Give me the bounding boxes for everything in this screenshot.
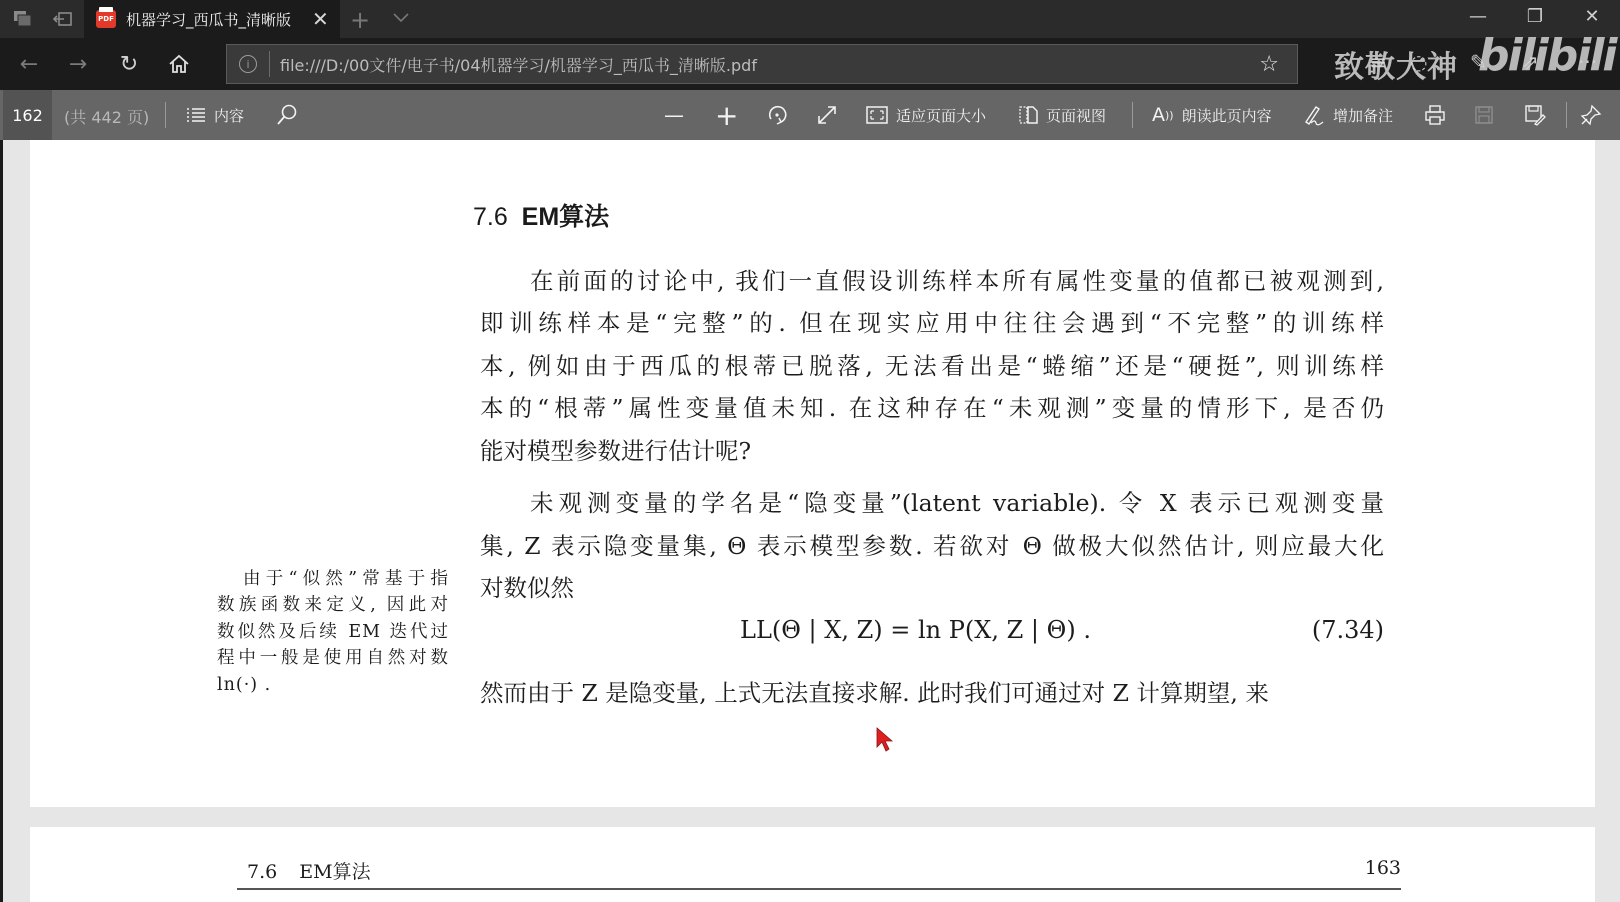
paragraph-line: 本的“根蒂”属性变量值未知. 在这种存在“未观测”变量的情形下, 是否仍 bbox=[480, 393, 1384, 423]
toolbar-divider bbox=[1132, 102, 1133, 128]
url-separator bbox=[269, 51, 270, 77]
pdf-page-162: 7.6 EM算法 在前面的讨论中, 我们一直假设训练样本所有属性变量的值都已被观… bbox=[30, 140, 1595, 807]
margin-note-line: ln(·) . bbox=[217, 674, 449, 696]
section-title: 7.6 EM算法 bbox=[473, 197, 609, 233]
tab-title: 机器学习_西瓜书_清晰版 bbox=[126, 9, 304, 30]
page-count: (共 442 页) bbox=[64, 105, 149, 128]
margin-note-line: 由于“似然”常基于指 bbox=[217, 568, 449, 590]
read-aloud-label: 朗读此页内容 bbox=[1182, 105, 1272, 126]
page-view-label: 页面视图 bbox=[1046, 105, 1106, 126]
minimize-button[interactable]: — bbox=[1455, 6, 1501, 27]
paragraph-line: 在前面的讨论中, 我们一直假设训练样本所有属性变量的值都已被观测到, bbox=[480, 266, 1384, 296]
search-icon bbox=[276, 104, 298, 126]
back-button[interactable]: ← bbox=[14, 50, 44, 78]
paragraph-line: 能对模型参数进行估计呢? bbox=[480, 436, 1384, 466]
margin-note-line: 程中一般是使用自然对数 bbox=[217, 647, 449, 669]
page-view-icon bbox=[1018, 105, 1038, 125]
save-icon bbox=[1474, 105, 1494, 125]
home-icon bbox=[168, 54, 190, 74]
favorite-star-icon[interactable]: ☆ bbox=[1259, 52, 1279, 77]
contents-button[interactable]: 内容 bbox=[186, 90, 244, 140]
paragraph-line: 集, Z 表示隐变量集, Θ 表示模型参数. 若欲对 Θ 做极大似然估计, 则应… bbox=[480, 531, 1384, 561]
print-icon bbox=[1424, 104, 1446, 126]
refresh-button[interactable]: ↻ bbox=[114, 50, 144, 78]
page-number: 163 bbox=[1365, 857, 1401, 879]
pen-icon bbox=[1303, 104, 1325, 126]
margin-note-line: 数似然及后续 EM 迭代过 bbox=[217, 621, 449, 643]
tab-strip-left-buttons bbox=[0, 0, 84, 38]
tab-active[interactable]: PDF 机器学习_西瓜书_清晰版 ✕ bbox=[84, 0, 340, 38]
tab-list-chevron-icon[interactable] bbox=[393, 8, 409, 27]
zoom-in-button[interactable]: + bbox=[715, 90, 746, 140]
paragraph-line: 对数似然 bbox=[480, 573, 1384, 603]
fit-page-icon bbox=[866, 106, 888, 124]
url-text[interactable]: file:///D:/00文件/电子书/04机器学习/机器学习_西瓜书_清晰版.… bbox=[280, 53, 757, 76]
rotate-button[interactable] bbox=[766, 90, 796, 140]
info-icon[interactable]: i bbox=[239, 55, 257, 73]
home-button[interactable] bbox=[164, 50, 194, 78]
search-button[interactable] bbox=[276, 90, 306, 140]
add-notes-button[interactable]: 增加备注 bbox=[1303, 90, 1393, 140]
save-as-icon bbox=[1524, 104, 1546, 126]
address-bar[interactable]: i file:///D:/00文件/电子书/04机器学习/机器学习_西瓜书_清晰… bbox=[226, 44, 1298, 84]
rotate-icon bbox=[766, 104, 788, 126]
paragraph-line: 即训练样本是“完整”的. 但在现实应用中往往会遇到“不完整”的训练样 bbox=[480, 308, 1384, 338]
set-aside-icon[interactable] bbox=[52, 9, 74, 29]
toolbar-divider bbox=[1566, 102, 1567, 128]
minus-icon: — bbox=[664, 103, 684, 127]
tab-strip: PDF 机器学习_西瓜书_清晰版 ✕ + — ❐ ✕ bbox=[0, 0, 1620, 38]
paragraph-line: 未观测变量的学名是“隐变量”(latent variable). 令 X 表示已… bbox=[480, 488, 1384, 518]
add-notes-label: 增加备注 bbox=[1333, 105, 1393, 126]
bilibili-logo: bilibili bbox=[1478, 30, 1615, 81]
read-aloud-button[interactable]: A)) 朗读此页内容 bbox=[1152, 90, 1272, 140]
fullscreen-icon bbox=[816, 104, 838, 126]
pdf-page-163: 7.6 EM算法 163 bbox=[30, 827, 1595, 902]
forward-button[interactable]: → bbox=[63, 50, 93, 78]
fit-page-button[interactable]: 适应页面大小 bbox=[866, 90, 986, 140]
save-button[interactable] bbox=[1474, 90, 1502, 140]
list-icon bbox=[186, 107, 206, 123]
new-tab-button[interactable]: + bbox=[350, 6, 370, 34]
margin-note-line: 数族函数来定义, 因此对 bbox=[217, 594, 449, 616]
close-tab-icon[interactable]: ✕ bbox=[312, 9, 329, 29]
print-button[interactable] bbox=[1424, 90, 1454, 140]
restore-button[interactable]: ❐ bbox=[1512, 6, 1558, 27]
navigation-bar: ← → ↻ i file:///D:/00文件/电子书/04机器学习/机器学习_… bbox=[0, 38, 1620, 90]
equation-7-34: LL(Θ | X, Z) = ln P(X, Z | Θ) . (7.34) bbox=[480, 616, 1384, 650]
tabs-aside-icon[interactable] bbox=[12, 9, 34, 29]
header-rule bbox=[237, 888, 1401, 890]
toolbar-divider bbox=[165, 102, 166, 128]
fullscreen-button[interactable] bbox=[816, 90, 846, 140]
close-window-button[interactable]: ✕ bbox=[1569, 6, 1615, 27]
page-view-button[interactable]: 页面视图 bbox=[1018, 90, 1106, 140]
zoom-out-button[interactable]: — bbox=[664, 90, 692, 140]
paragraph-line: 然而由于 Z 是隐变量, 上式无法直接求解. 此时我们可通过对 Z 计算期望, … bbox=[480, 678, 1384, 708]
equation-formula: LL(Θ | X, Z) = ln P(X, Z | Θ) . bbox=[740, 616, 1091, 644]
pin-icon bbox=[1580, 104, 1602, 126]
equation-number: (7.34) bbox=[1312, 616, 1384, 644]
read-aloud-icon: A)) bbox=[1152, 104, 1174, 126]
watermark-text: 致敬大神 bbox=[1334, 42, 1458, 86]
fit-page-label: 适应页面大小 bbox=[896, 105, 986, 126]
pdf-toolbar: 162 (共 442 页) 内容 — + 适应页面大小 bbox=[0, 90, 1620, 140]
paragraph-line: 本, 例如由于西瓜的根蒂已脱落, 无法看出是“蜷缩”还是“硬挺”, 则训练样 bbox=[480, 351, 1384, 381]
pdf-viewer[interactable]: 7.6 EM算法 在前面的讨论中, 我们一直假设训练样本所有属性变量的值都已被观… bbox=[3, 140, 1620, 902]
pdf-icon: PDF bbox=[96, 10, 116, 28]
running-header: 7.6 EM算法 bbox=[247, 857, 371, 884]
contents-label: 内容 bbox=[214, 105, 244, 126]
save-as-button[interactable] bbox=[1524, 90, 1554, 140]
current-page-input[interactable]: 162 bbox=[3, 90, 52, 140]
plus-icon: + bbox=[715, 99, 738, 132]
pin-toolbar-button[interactable] bbox=[1580, 90, 1610, 140]
